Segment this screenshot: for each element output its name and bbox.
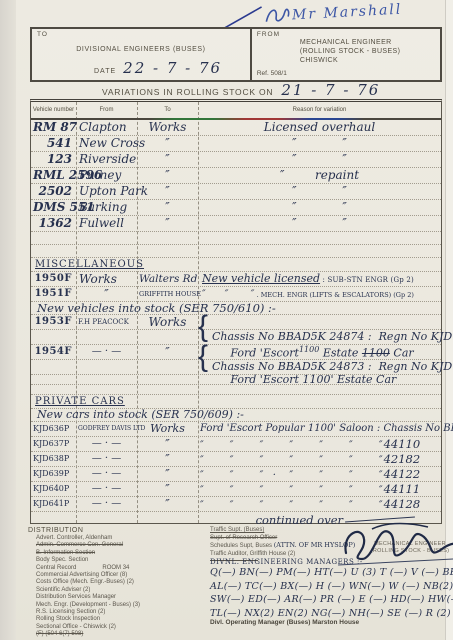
from-value: — · —	[76, 437, 137, 453]
distribution-list: DISTRIBUTION Advert. Controller, Aldenha…	[28, 527, 206, 639]
vehicle-number: 1951F	[31, 287, 76, 302]
chassis-regn: Chassis No BBAD5K 24873 : Regn No KJD 95…	[198, 360, 453, 374]
distribution-item: Scientific Adviser (2)	[28, 587, 206, 594]
misc-heading-row: MISCELLANEOUS	[31, 258, 441, 272]
reason-value: ″ ″	[198, 184, 441, 199]
misc-section-heading: MISCELLANEOUS	[31, 258, 441, 271]
note-row: New vehicles into stock (SER 750/610) :-	[31, 302, 441, 315]
from-line-3: CHISWICK	[300, 56, 400, 65]
reason-print: : SUB-STN ENGR (Gp 2)	[320, 276, 414, 284]
vehicle-number: 541	[31, 136, 76, 151]
to-value: Works	[137, 120, 198, 135]
table-row: 1950F Works Walters Rd New vehicle licen…	[31, 272, 441, 287]
chassis-number: 44128	[384, 497, 421, 511]
col-from: From	[76, 107, 137, 114]
table-row: KJD637P — · — ″ ″ ″ ″ ″ ″ ″ ″44110	[31, 437, 441, 452]
empty-cell	[137, 360, 198, 374]
from-line-2: (ROLLING STOCK - BUSES)	[300, 47, 400, 56]
from-value: — · —	[76, 452, 137, 468]
reason-handwritten: New vehicle licensed	[202, 272, 320, 285]
date-line: DATE 22 - 7 - 76	[94, 59, 222, 77]
vehicle-number: 123	[31, 152, 76, 167]
to-value: ″	[137, 200, 198, 215]
empty-cell	[31, 360, 76, 374]
to-value: ″	[137, 216, 198, 231]
pen-underline	[345, 517, 415, 523]
continued-over-note: continued over	[256, 513, 343, 527]
car-detail: ″ ″ ″ ″ ″ ″ ″42182	[198, 452, 446, 468]
distribution-item: Costs Office (Mech. Engr.-Buses) (2)	[28, 579, 206, 586]
chassis-regn: Chassis No BBAD5K 24874 : Regn No KJD 95…	[198, 330, 453, 344]
table-row: 1362 Fulwell ″ ″ ″	[31, 216, 441, 232]
distribution-item: Commercial Advertising Officer (8)	[28, 572, 206, 579]
from-value: Riverside	[76, 152, 137, 167]
table-row: Chassis No BBAD5K 24873 : Regn No KJD 95…	[31, 360, 441, 375]
reason-print: . MECH. ENGR (LIFTS & ESCALATORS) (Gp 2)	[255, 291, 414, 299]
vehicle-number: 2502	[31, 184, 76, 199]
distribution-item: Rolling Stock Inspection	[28, 616, 206, 623]
vehicle-number: 1950F	[31, 272, 76, 287]
distribution-heading: DISTRIBUTION	[28, 527, 206, 534]
empty-row	[31, 385, 441, 395]
vehicle-number: DMS 551	[31, 200, 76, 215]
distribution-item: Mech. Engr. (Development - Buses) (3)	[28, 602, 206, 609]
managers-codes-line: SW(—) ED(—) AR(—) PR (—) E (—) HD(—) HW(…	[210, 593, 453, 607]
registration: KJD641P	[31, 497, 76, 513]
distribution-item: Central RecordROOM 34	[28, 565, 206, 572]
car-detail: ″ ″ ″ ″ ″ ″ ″44111	[198, 482, 446, 498]
distribution-item: Body Spec. Section	[28, 557, 206, 564]
table-row: 1951F ″ GRIFFITH HOUSE ″ ″ ″ . MECH. ENG…	[31, 287, 441, 302]
from-value: Clapton	[76, 120, 137, 135]
from-value: — · —	[76, 467, 137, 483]
from-value: Barking	[76, 200, 137, 215]
table-row: 541 New Cross ″ ″ ″	[31, 136, 441, 152]
vehicle-number: RML 2596	[31, 168, 76, 183]
table-row: 2502 Upton Park ″ ″ ″	[31, 184, 441, 200]
scanned-memo-page: { "annotations": { "top_note": "Mr Marsh…	[0, 0, 453, 640]
from-box: FROM MECHANICAL ENGINEER (ROLLING STOCK …	[250, 29, 440, 80]
from-value: — · —	[76, 482, 137, 498]
to-value: ″	[137, 437, 198, 453]
table-row: DMS 551 Barking ″ ″ ″	[31, 200, 441, 216]
scan-edge-left	[0, 0, 16, 640]
to-value: ″	[137, 184, 198, 199]
reason-value: ″ repaint	[198, 168, 441, 183]
table-row: 123 Riverside ″ ″ ″	[31, 152, 441, 168]
from-value: Fulwell	[76, 216, 137, 231]
reason-value: Licensed overhaul	[198, 120, 441, 135]
col-to: To	[137, 107, 198, 114]
reason-value: ″ ″	[198, 216, 441, 231]
registration: KJD637P	[31, 437, 76, 453]
from-value: — · —	[76, 497, 137, 513]
rolling-stock-table: Vehicle number From To Reason for variat…	[30, 99, 442, 524]
distribution-item: Advert. Controller, Aldenham	[28, 535, 206, 542]
distribution-item-text: Central Record	[36, 565, 76, 571]
date-label: DATE	[94, 68, 116, 75]
table-row: KJD638P — · — ″ ″ ″ ″ ″ ″ ″ ″42182	[31, 452, 441, 467]
chassis-number: 44122	[384, 467, 421, 481]
distribution-item: B. Information Section	[28, 550, 206, 557]
to-value: Walters Rd	[137, 272, 198, 287]
ref-number: Ref. 508/1	[257, 70, 287, 77]
empty-row	[31, 232, 441, 245]
table-row: KJD639P — · — ″ ″ ″ ″ · ″ ″ ″ ″44122	[31, 467, 441, 482]
footer: DISTRIBUTION Advert. Controller, Aldenha…	[28, 527, 448, 640]
from-value: Upton Park	[76, 184, 137, 199]
ditto-marks: ″ ″ ″ ″ ″ ″ ″	[200, 454, 384, 468]
empty-cell	[76, 360, 137, 374]
note-row: New cars into stock (SER 750/609) :-	[31, 409, 441, 422]
to-value: ″	[137, 497, 198, 513]
registration: KJD636P	[31, 422, 76, 436]
top-note-text: Mr Marshall	[292, 2, 403, 24]
from-address: MECHANICAL ENGINEER (ROLLING STOCK - BUS…	[300, 38, 400, 65]
distribution-item: (F) (504 6(7) 508)	[28, 631, 206, 638]
traffic-item-text: Schedules Supt, Buses	[210, 543, 274, 549]
table-row: 1954F — · — ″ { Ford 'Escort 1100' Estat…	[31, 345, 441, 360]
empty-cell	[31, 330, 76, 344]
to-label: TO	[37, 31, 48, 38]
distribution-item: R.S. Licensing Section (2)	[28, 609, 206, 616]
room-number: ROOM 34	[102, 565, 129, 572]
vehicle-number: RM 87	[31, 120, 76, 135]
registration: KJD639P	[31, 467, 76, 483]
car-detail: ″ ″ ″ ″ ″ ″ ″44128	[198, 497, 446, 513]
reason-value: ″ ″ ″ . MECH. ENGR (LIFTS & ESCALATORS) …	[198, 287, 441, 302]
vehicle-number: 1362	[31, 216, 76, 231]
ditto-marks: ″ ″ ″ ″ ″ ″ ″	[200, 484, 384, 498]
private-cars-heading-row: PRIVATE CARS	[31, 395, 441, 409]
to-value: ″	[137, 168, 198, 183]
to-box: TO DIVISIONAL ENGINEERS (BUSES) DATE 22 …	[32, 29, 250, 80]
to-value: Works	[137, 422, 198, 436]
to-value: GRIFFITH HOUSE	[137, 287, 198, 302]
table-row: KJD641P — · — ″ ″ ″ ″ ″ ″ ″ ″44128	[31, 497, 441, 512]
empty-cell	[137, 330, 198, 344]
from-value: ″	[76, 287, 137, 302]
to-value: ″	[137, 482, 198, 498]
reason-handwritten: ″ ″ ″	[202, 289, 255, 300]
col-vehicle-number: Vehicle number	[31, 107, 76, 114]
reason-value: ″ ″	[198, 136, 441, 151]
ditto-marks: ″ ″ ″ · ″ ″ ″ ″	[200, 469, 384, 483]
operating-manager-line: Divl. Operating Manager (Buses) Marston …	[210, 619, 359, 626]
ditto-marks: ″ ″ ″ ″ ″ ″ ″	[200, 439, 384, 453]
continued-row: continued over	[31, 512, 441, 528]
registration: KJD638P	[31, 452, 76, 468]
from-value: GODFREY DAVIS LTD	[76, 422, 137, 436]
managers-codes-line: AL(—) TC(—) BX(—) H (—) WN(—) W (—) NB(2…	[210, 580, 453, 594]
chassis-number: 42182	[384, 452, 421, 466]
to-name: DIVISIONAL ENGINEERS (BUSES)	[32, 46, 250, 53]
ditto-marks: ″ ″ ″ ″ ″ ″ ″	[200, 499, 384, 513]
table-row: 1953F F.H PEACOCK Works { Ford 'Escort11…	[31, 315, 441, 330]
private-cars-heading: PRIVATE CARS	[31, 395, 441, 408]
table-row: RML 2596 Putney ″ ″ repaint	[31, 168, 441, 184]
from-line-1: MECHANICAL ENGINEER	[300, 38, 400, 47]
date-value: 22 - 7 - 76	[123, 59, 222, 77]
new-cars-note: New cars into stock (SER 750/609) :-	[31, 409, 441, 421]
empty-row	[31, 245, 441, 258]
to-value: ″	[137, 152, 198, 167]
table-header-row: Vehicle number From To Reason for variat…	[31, 102, 441, 120]
to-value: ″	[137, 136, 198, 151]
from-value: Putney	[76, 168, 137, 183]
chassis-number: 44110	[384, 437, 421, 451]
car-detail: Ford 'Escort Popular 1100' Saloon : Chas…	[198, 422, 453, 436]
table-row: RM 87 Clapton Works Licensed overhaul	[31, 120, 441, 136]
from-label: FROM	[257, 31, 280, 38]
title-text: VARIATIONS IN ROLLING STOCK ON	[102, 87, 273, 97]
reason-value: ″ ″	[198, 152, 441, 167]
distribution-item: Distribution Services Manager	[28, 594, 206, 601]
form-header: TO DIVISIONAL ENGINEERS (BUSES) DATE 22 …	[30, 27, 442, 82]
title-date: 21 - 7 - 76	[281, 81, 380, 99]
managers-codes-line: TL(—) NX(2) EN(2) NG(—) NH(—) SE (—) R (…	[210, 607, 453, 621]
to-value: ″	[137, 467, 198, 483]
empty-cell	[76, 330, 137, 344]
col-reason: Reason for variation	[198, 107, 441, 114]
registration: KJD640P	[31, 482, 76, 498]
reason-value: ″ ″	[198, 200, 441, 215]
table-row: KJD640P — · — ″ ″ ″ ″ ″ ″ ″ ″44111	[31, 482, 441, 497]
table-row: Chassis No BBAD5K 24874 : Regn No KJD 95…	[31, 330, 441, 345]
chassis-number: 44111	[384, 482, 421, 496]
to-value: ″	[137, 452, 198, 468]
from-value: New Cross	[76, 136, 137, 151]
table-row: KJD636P GODFREY DAVIS LTD Works Ford 'Es…	[31, 422, 441, 437]
car-detail: ″ ″ ″ · ″ ″ ″ ″44122	[198, 467, 446, 483]
car-detail: ″ ″ ″ ″ ″ ″ ″44110	[198, 437, 446, 453]
from-value: Works	[76, 272, 137, 287]
distribution-item: Sectional Office - Chiswick (2)	[28, 624, 206, 631]
distribution-item: Admin. Commerce Con. General	[28, 542, 206, 549]
variations-title: VARIATIONS IN ROLLING STOCK ON 21 - 7 - …	[102, 81, 380, 99]
empty-row	[31, 375, 441, 385]
new-vehicles-note: New vehicles into stock (SER 750/610) :-	[31, 302, 441, 314]
reason-value: New vehicle licensed : SUB-STN ENGR (Gp …	[198, 272, 441, 287]
